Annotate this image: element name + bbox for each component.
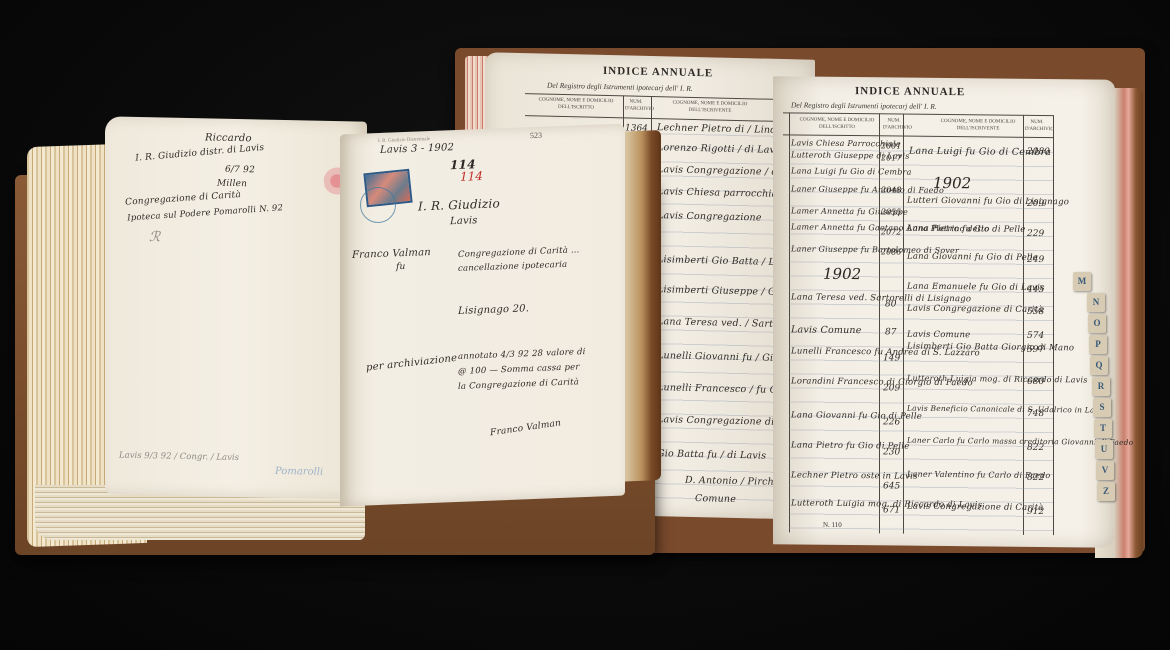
- col-header: COGNOME, NOME e DOMICILIO DELL'ISCRITTO: [531, 96, 621, 112]
- page-number: N. 110: [823, 521, 842, 529]
- col-header: Num. d'archivio: [883, 117, 905, 131]
- index-tab[interactable]: S: [1093, 398, 1111, 417]
- page-subtitle: Del Registro degli Istrumenti ipotecarj …: [791, 100, 937, 111]
- correspondence-volume: Riccardo I. R. Giudizio distr. di Lavis …: [15, 115, 665, 555]
- year-heading: 1902: [823, 265, 861, 283]
- index-tab[interactable]: P: [1089, 335, 1107, 354]
- index-right-page: INDICE ANNUALE Del Registro degli Istrum…: [773, 76, 1115, 548]
- postmark-circle: [360, 187, 396, 223]
- index-tab[interactable]: N: [1087, 293, 1105, 312]
- photo-scene: INDICE ANNUALE Del Registro degli Istrum…: [0, 0, 1170, 650]
- year-heading: 1902: [933, 174, 971, 192]
- index-tab[interactable]: U: [1095, 440, 1113, 459]
- col-header: Num. d'archivio: [1025, 119, 1049, 133]
- index-tab[interactable]: Q: [1090, 356, 1108, 375]
- page-subtitle: Del Registro degli Istrumenti ipotecarj …: [547, 81, 693, 93]
- alphabet-index-tabs: M N O P Q R S T U V Z: [1073, 272, 1113, 503]
- col-header: Num. d'archivio: [625, 98, 647, 112]
- index-tab[interactable]: V: [1096, 461, 1114, 480]
- record-number-red: 114: [460, 169, 483, 184]
- pencil-initials: ℛ: [149, 229, 160, 245]
- index-tab[interactable]: R: [1092, 377, 1110, 396]
- index-tab[interactable]: Z: [1097, 482, 1115, 501]
- col-header: COGNOME, NOME e DOMICILIO DELL'ISCRITTO: [797, 116, 877, 131]
- index-tab[interactable]: M: [1073, 272, 1091, 291]
- index-tab[interactable]: T: [1094, 419, 1112, 438]
- col-header: COGNOME, NOME e DOMICILIO DELL'ISCRIVENT…: [933, 118, 1023, 133]
- page-title: INDICE ANNUALE: [603, 65, 713, 80]
- index-tab[interactable]: O: [1088, 314, 1106, 333]
- col-header: COGNOME, NOME e DOMICILIO DELL'ISCRIVENT…: [655, 99, 765, 115]
- page-title: INDICE ANNUALE: [855, 85, 965, 98]
